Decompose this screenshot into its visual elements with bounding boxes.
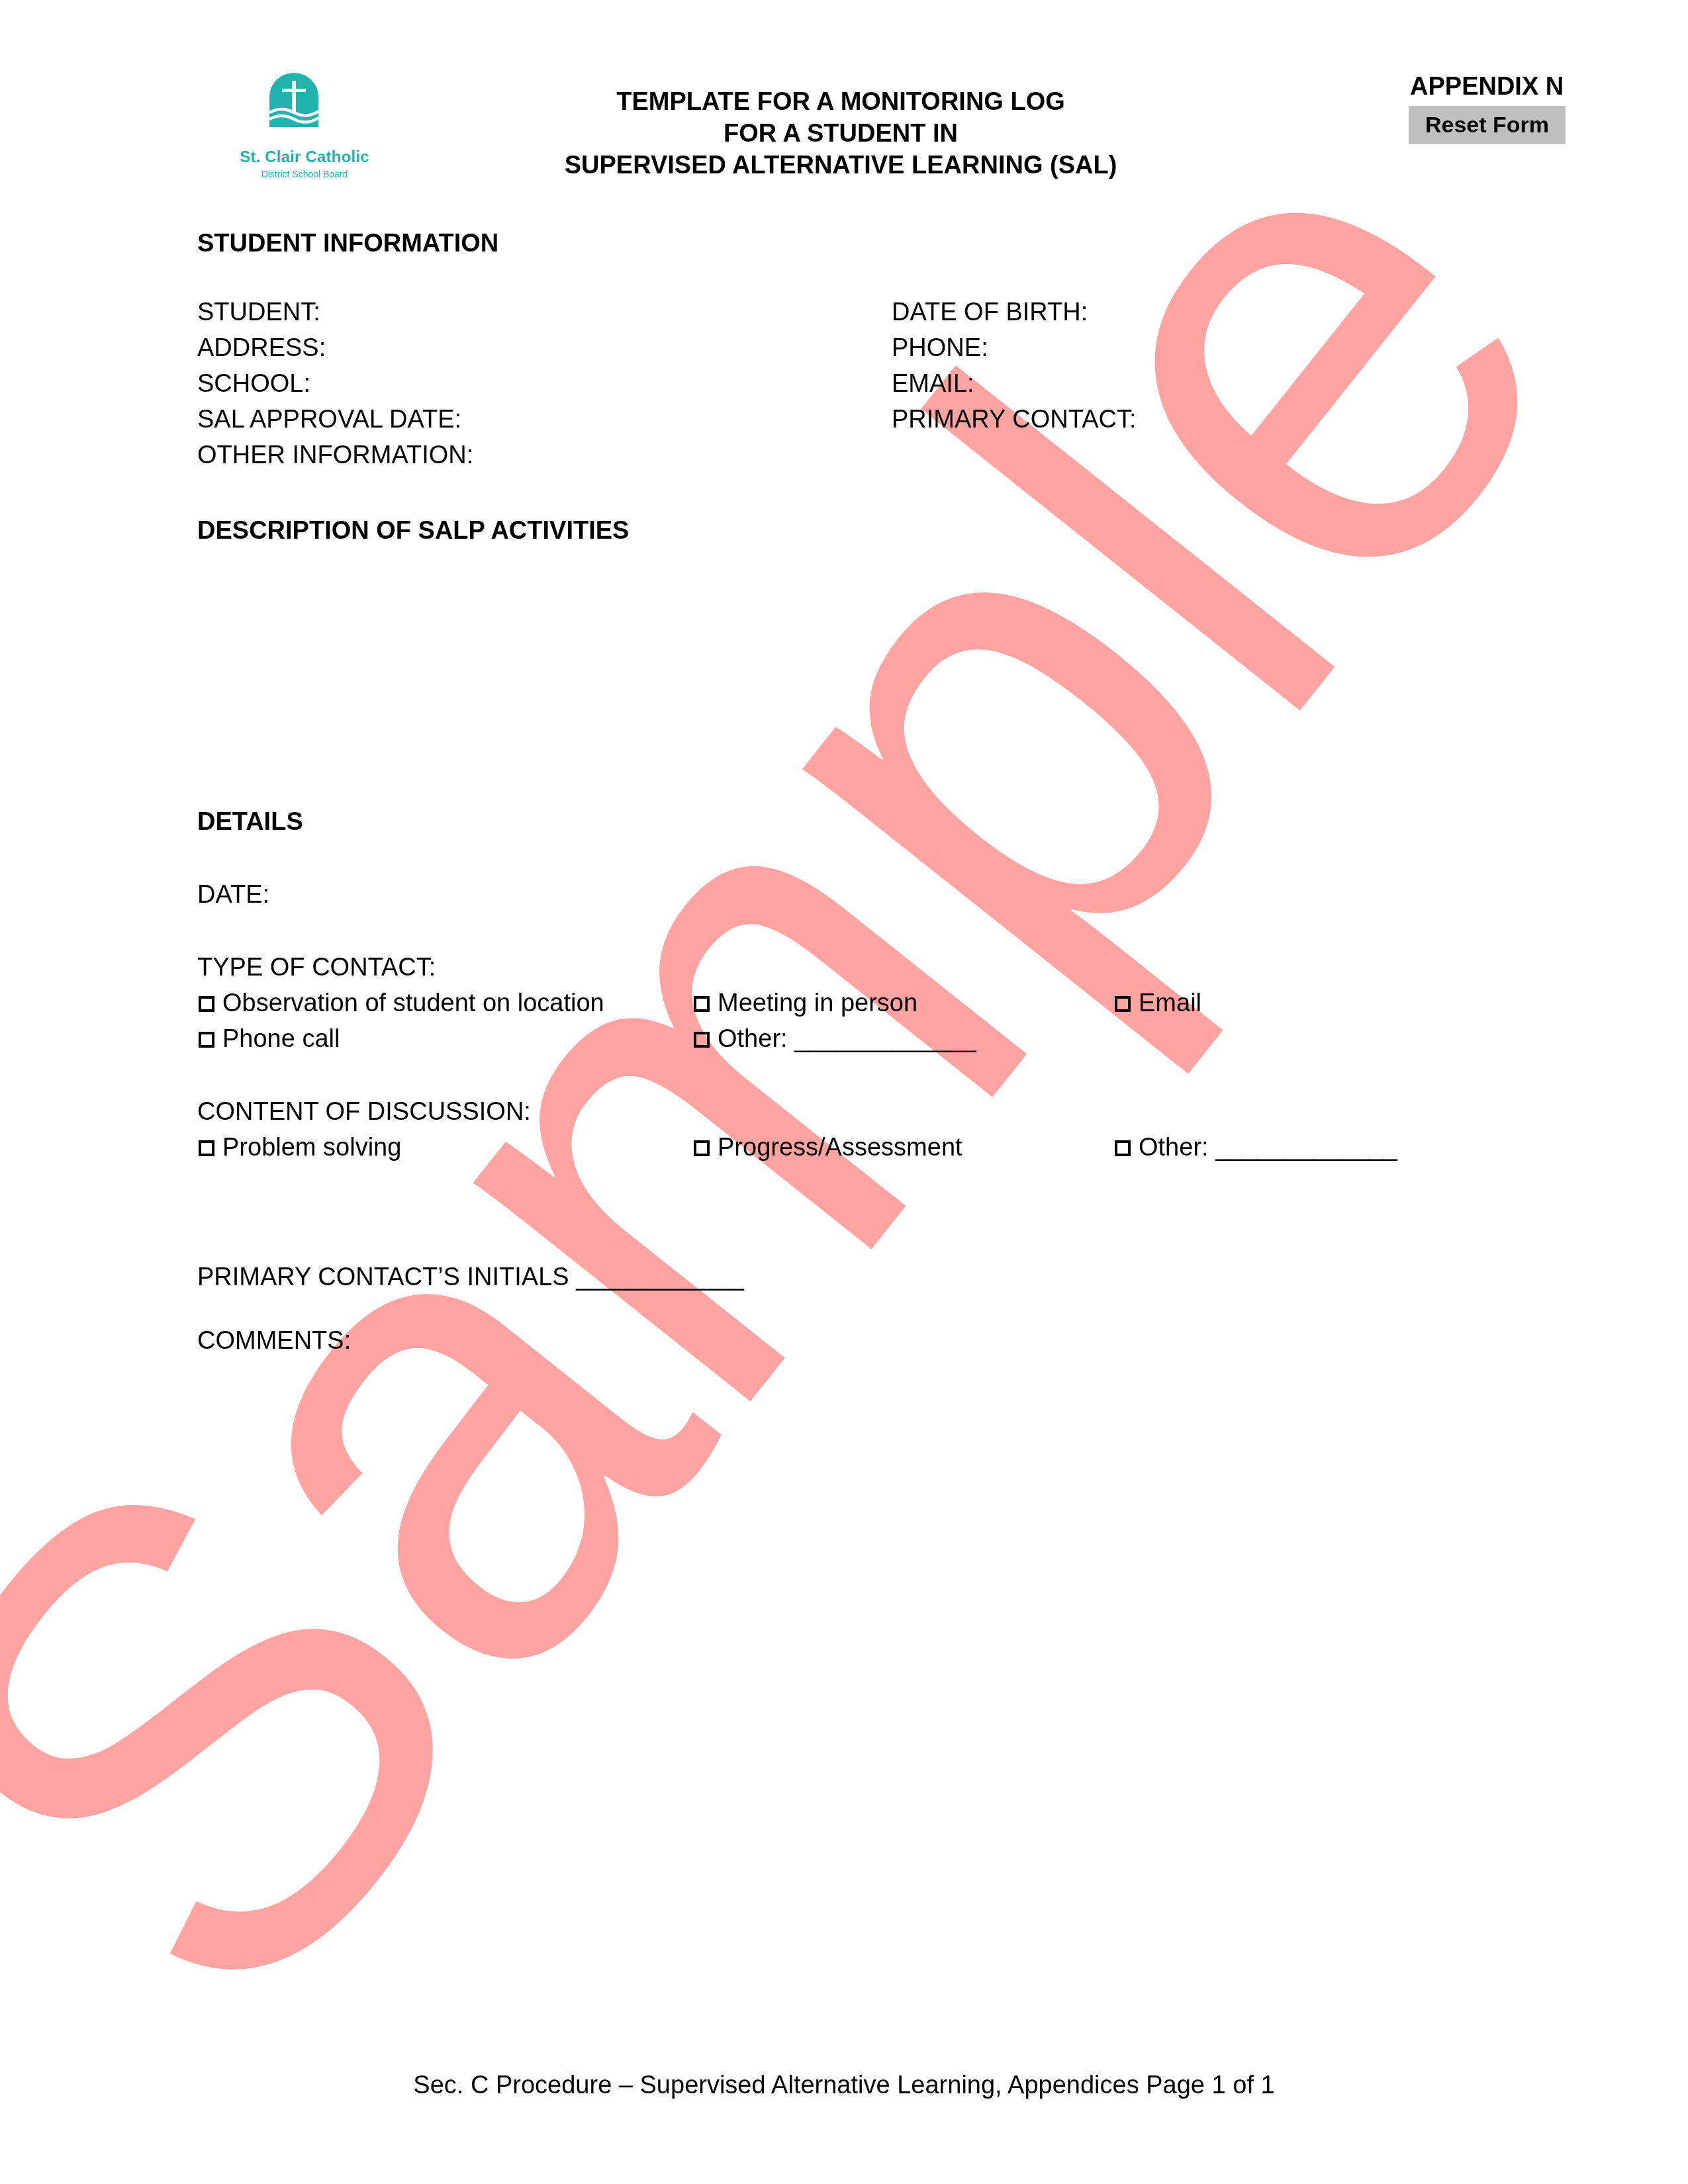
option-label: Email — [1139, 989, 1201, 1017]
field-other-information[interactable]: OTHER INFORMATION: — [197, 441, 473, 470]
checkbox[interactable] — [199, 1140, 214, 1156]
option-meeting-in-person[interactable]: Meeting in person — [694, 989, 917, 1018]
field-primary-contact-initials[interactable]: PRIMARY CONTACT’S INITIALS ____________ — [197, 1263, 744, 1292]
logo-subtitle: District School Board — [218, 169, 391, 179]
field-address[interactable]: ADDRESS: — [197, 334, 326, 363]
option-phone-call[interactable]: Phone call — [199, 1024, 340, 1054]
option-label: Observation of student on location — [222, 989, 604, 1017]
checkbox[interactable] — [1115, 1140, 1131, 1156]
checkbox[interactable] — [694, 1032, 710, 1048]
page-footer: Sec. C Procedure – Supervised Alternativ… — [0, 2071, 1688, 2100]
title-line: TEMPLATE FOR A MONITORING LOG — [503, 86, 1178, 118]
option-label: Other: _____________ — [718, 1025, 976, 1053]
title-line: FOR A STUDENT IN — [503, 118, 1178, 150]
form-title: TEMPLATE FOR A MONITORING LOG FOR A STUD… — [503, 86, 1178, 181]
field-phone[interactable]: PHONE: — [892, 334, 988, 363]
option-problem-solving[interactable]: Problem solving — [199, 1133, 401, 1162]
checkbox[interactable] — [694, 996, 710, 1012]
appendix-label: APPENDIX N — [1410, 73, 1564, 101]
student-information-heading: STUDENT INFORMATION — [197, 229, 498, 258]
checkbox[interactable] — [694, 1140, 710, 1156]
field-student[interactable]: STUDENT: — [197, 298, 320, 327]
option-label: Other: _____________ — [1139, 1134, 1397, 1161]
option-label: Progress/Assessment — [718, 1134, 962, 1161]
checkbox[interactable] — [199, 996, 214, 1012]
school-board-logo: St. Clair Catholic District School Board — [218, 66, 391, 185]
option-observation[interactable]: Observation of student on location — [199, 989, 604, 1018]
field-date-of-birth[interactable]: DATE OF BIRTH: — [892, 298, 1088, 327]
option-label: Phone call — [222, 1025, 340, 1053]
field-school[interactable]: SCHOOL: — [197, 369, 310, 398]
checkbox[interactable] — [199, 1032, 214, 1048]
description-field[interactable] — [197, 549, 1488, 781]
title-line: SUPERVISED ALTERNATIVE LEARNING (SAL) — [503, 150, 1178, 181]
content-of-discussion-label: CONTENT OF DISCUSSION: — [197, 1097, 531, 1126]
option-label: Problem solving — [222, 1134, 401, 1161]
checkbox[interactable] — [1115, 996, 1131, 1012]
type-of-contact-label: TYPE OF CONTACT: — [197, 953, 436, 982]
option-progress-assessment[interactable]: Progress/Assessment — [694, 1133, 962, 1162]
option-contact-other[interactable]: Other: _____________ — [694, 1024, 976, 1054]
field-primary-contact[interactable]: PRIMARY CONTACT: — [892, 405, 1137, 434]
logo-name: St. Clair Catholic — [218, 148, 391, 167]
details-heading: DETAILS — [197, 807, 303, 837]
option-label: Meeting in person — [718, 989, 917, 1017]
form-page: St. Clair Catholic District School Board… — [0, 0, 1688, 2184]
cross-waves-icon — [269, 73, 318, 127]
comments-field[interactable] — [197, 1363, 1488, 1959]
field-comments[interactable]: COMMENTS: — [197, 1326, 351, 1355]
field-date[interactable]: DATE: — [197, 880, 269, 909]
description-heading: DESCRIPTION OF SALP ACTIVITIES — [197, 516, 629, 545]
field-email[interactable]: EMAIL: — [892, 369, 974, 398]
field-sal-approval-date[interactable]: SAL APPROVAL DATE: — [197, 405, 461, 434]
reset-form-button[interactable]: Reset Form — [1409, 106, 1566, 144]
option-email[interactable]: Email — [1115, 989, 1201, 1018]
option-discussion-other[interactable]: Other: _____________ — [1115, 1133, 1397, 1162]
